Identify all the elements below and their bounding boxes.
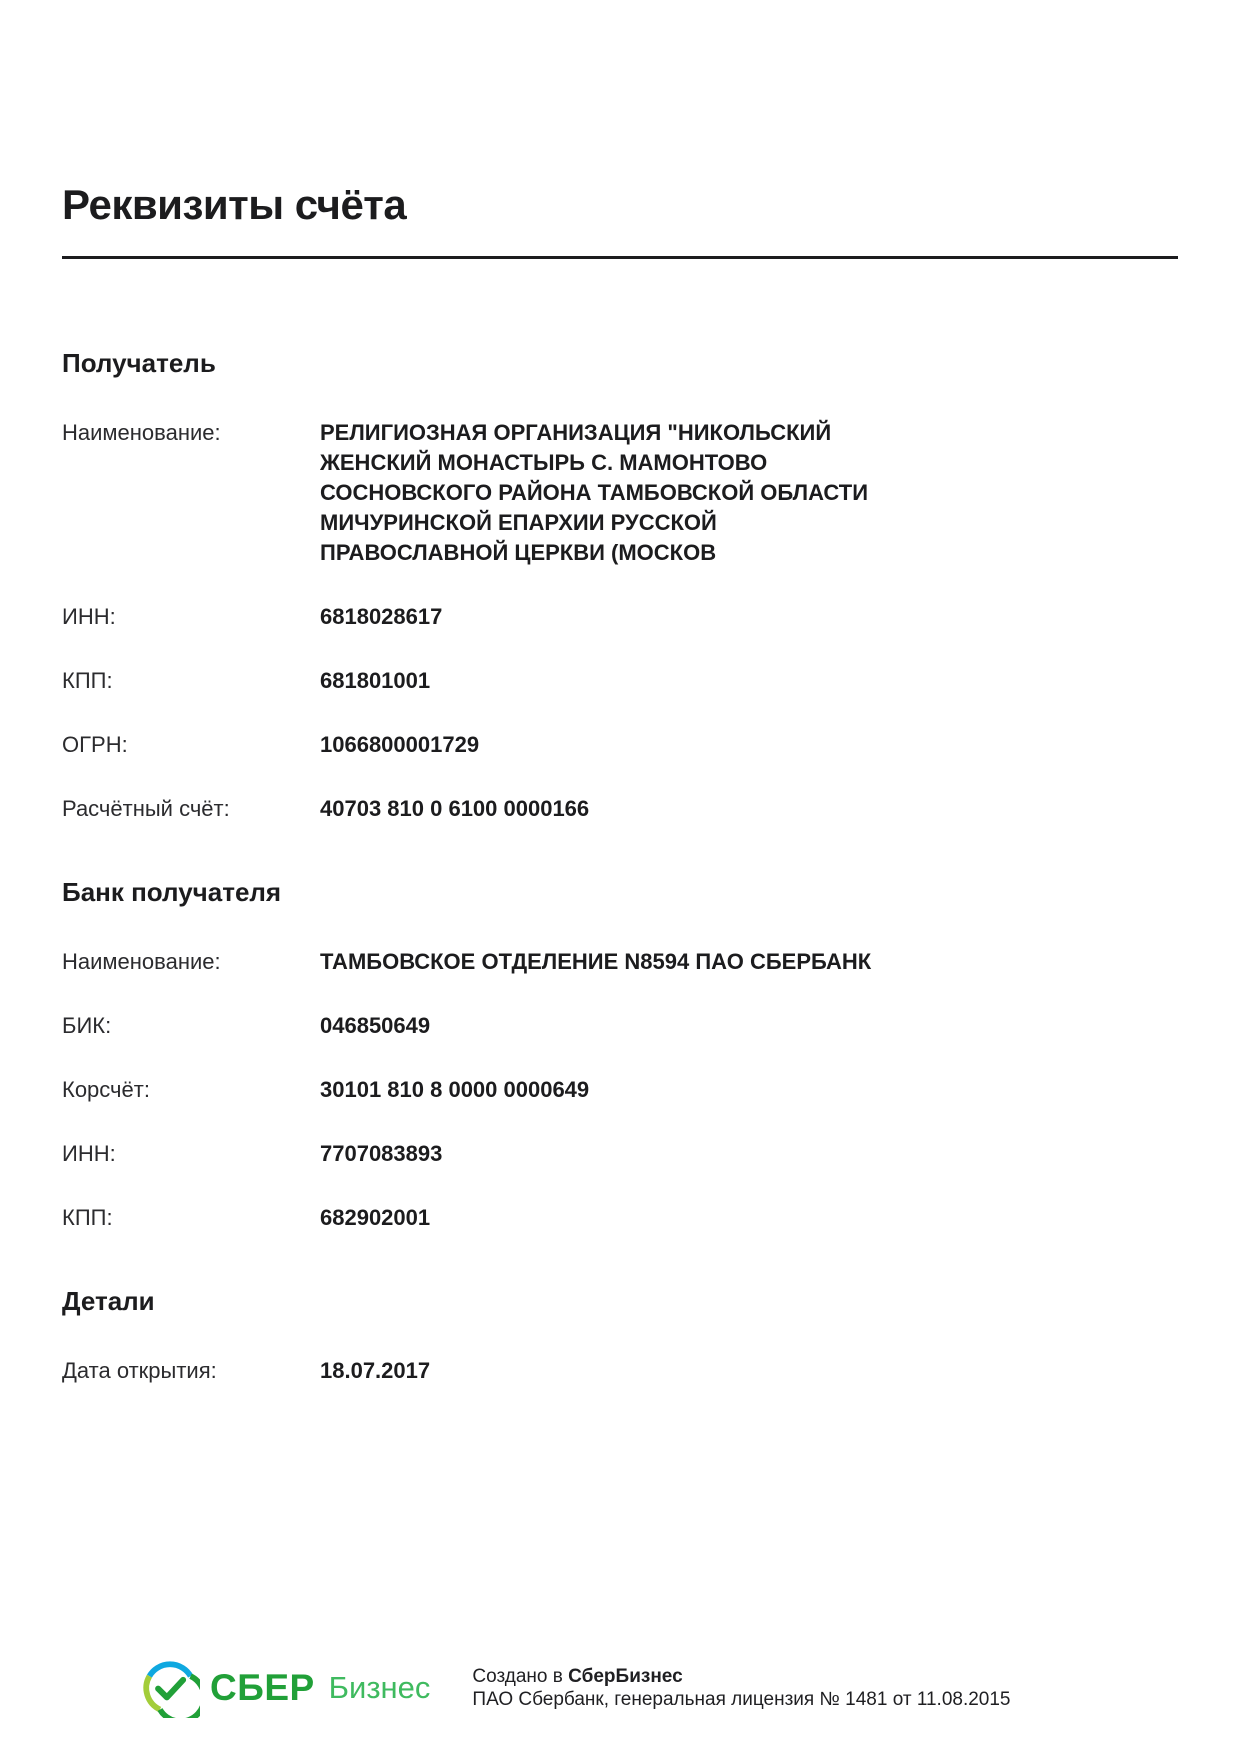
field-label: Корсчёт: bbox=[62, 1075, 320, 1105]
field-label: ИНН: bbox=[62, 602, 320, 632]
field-row: Расчётный счёт:40703 810 0 6100 0000166 bbox=[62, 794, 1178, 824]
brand-name: СБЕР bbox=[210, 1667, 315, 1709]
field-value: 046850649 bbox=[320, 1011, 430, 1041]
field-row: ОГРН:1066800001729 bbox=[62, 730, 1178, 760]
field-row: БИК:046850649 bbox=[62, 1011, 1178, 1041]
field-row: Корсчёт:30101 810 8 0000 0000649 bbox=[62, 1075, 1178, 1105]
field-row: Наименование:ТАМБОВСКОЕ ОТДЕЛЕНИЕ N8594 … bbox=[62, 947, 1178, 977]
field-label: Расчётный счёт: bbox=[62, 794, 320, 824]
created-in-line: Создано в СберБизнес bbox=[472, 1665, 1010, 1689]
title-divider bbox=[62, 256, 1178, 259]
account-details-document: Реквизиты счёта ПолучательНаименование:Р… bbox=[0, 0, 1240, 1386]
field-row: КПП:681801001 bbox=[62, 666, 1178, 696]
created-prefix: Создано в bbox=[472, 1666, 562, 1687]
field-value: 30101 810 8 0000 0000649 bbox=[320, 1075, 589, 1105]
field-row: Дата открытия:18.07.2017 bbox=[62, 1356, 1178, 1386]
field-label: Наименование: bbox=[62, 947, 320, 977]
field-label: Дата открытия: bbox=[62, 1356, 320, 1386]
section: ПолучательНаименование:РЕЛИГИОЗНАЯ ОРГАН… bbox=[62, 347, 1178, 824]
section-heading: Детали bbox=[62, 1285, 1178, 1317]
section-heading: Получатель bbox=[62, 347, 1178, 379]
brand-suffix: Бизнес bbox=[329, 1670, 431, 1706]
sber-check-ring-icon bbox=[140, 1658, 200, 1718]
sber-business-logo: СБЕР Бизнес bbox=[140, 1658, 430, 1718]
section: Банк получателяНаименование:ТАМБОВСКОЕ О… bbox=[62, 876, 1178, 1233]
field-row: КПП:682902001 bbox=[62, 1203, 1178, 1233]
field-label: КПП: bbox=[62, 666, 320, 696]
field-value: 7707083893 bbox=[320, 1139, 442, 1169]
field-value: 682902001 bbox=[320, 1203, 430, 1233]
field-value: 1066800001729 bbox=[320, 730, 479, 760]
field-label: Наименование: bbox=[62, 418, 320, 448]
license-line: ПАО Сбербанк, генеральная лицензия № 148… bbox=[472, 1688, 1010, 1712]
sections-container: ПолучательНаименование:РЕЛИГИОЗНАЯ ОРГАН… bbox=[62, 347, 1178, 1386]
field-value: 18.07.2017 bbox=[320, 1356, 430, 1386]
field-row: ИНН:7707083893 bbox=[62, 1139, 1178, 1169]
page-title: Реквизиты счёта bbox=[62, 0, 1178, 230]
field-row: ИНН:6818028617 bbox=[62, 602, 1178, 632]
field-value: 40703 810 0 6100 0000166 bbox=[320, 794, 589, 824]
field-row: Наименование:РЕЛИГИОЗНАЯ ОРГАНИЗАЦИЯ "НИ… bbox=[62, 418, 1178, 568]
footer-text: Создано в СберБизнес ПАО Сбербанк, генер… bbox=[472, 1665, 1010, 1712]
field-value: ТАМБОВСКОЕ ОТДЕЛЕНИЕ N8594 ПАО СБЕРБАНК bbox=[320, 947, 871, 977]
field-value: 681801001 bbox=[320, 666, 430, 696]
footer: СБЕР Бизнес Создано в СберБизнес ПАО Сбе… bbox=[140, 1658, 1011, 1718]
field-label: КПП: bbox=[62, 1203, 320, 1233]
field-value: РЕЛИГИОЗНАЯ ОРГАНИЗАЦИЯ "НИКОЛЬСКИЙ ЖЕНС… bbox=[320, 418, 868, 568]
section-heading: Банк получателя bbox=[62, 876, 1178, 908]
field-label: ИНН: bbox=[62, 1139, 320, 1169]
field-label: ОГРН: bbox=[62, 730, 320, 760]
field-label: БИК: bbox=[62, 1011, 320, 1041]
section: ДеталиДата открытия:18.07.2017 bbox=[62, 1285, 1178, 1386]
field-value: 6818028617 bbox=[320, 602, 442, 632]
created-app: СберБизнес bbox=[568, 1666, 683, 1687]
